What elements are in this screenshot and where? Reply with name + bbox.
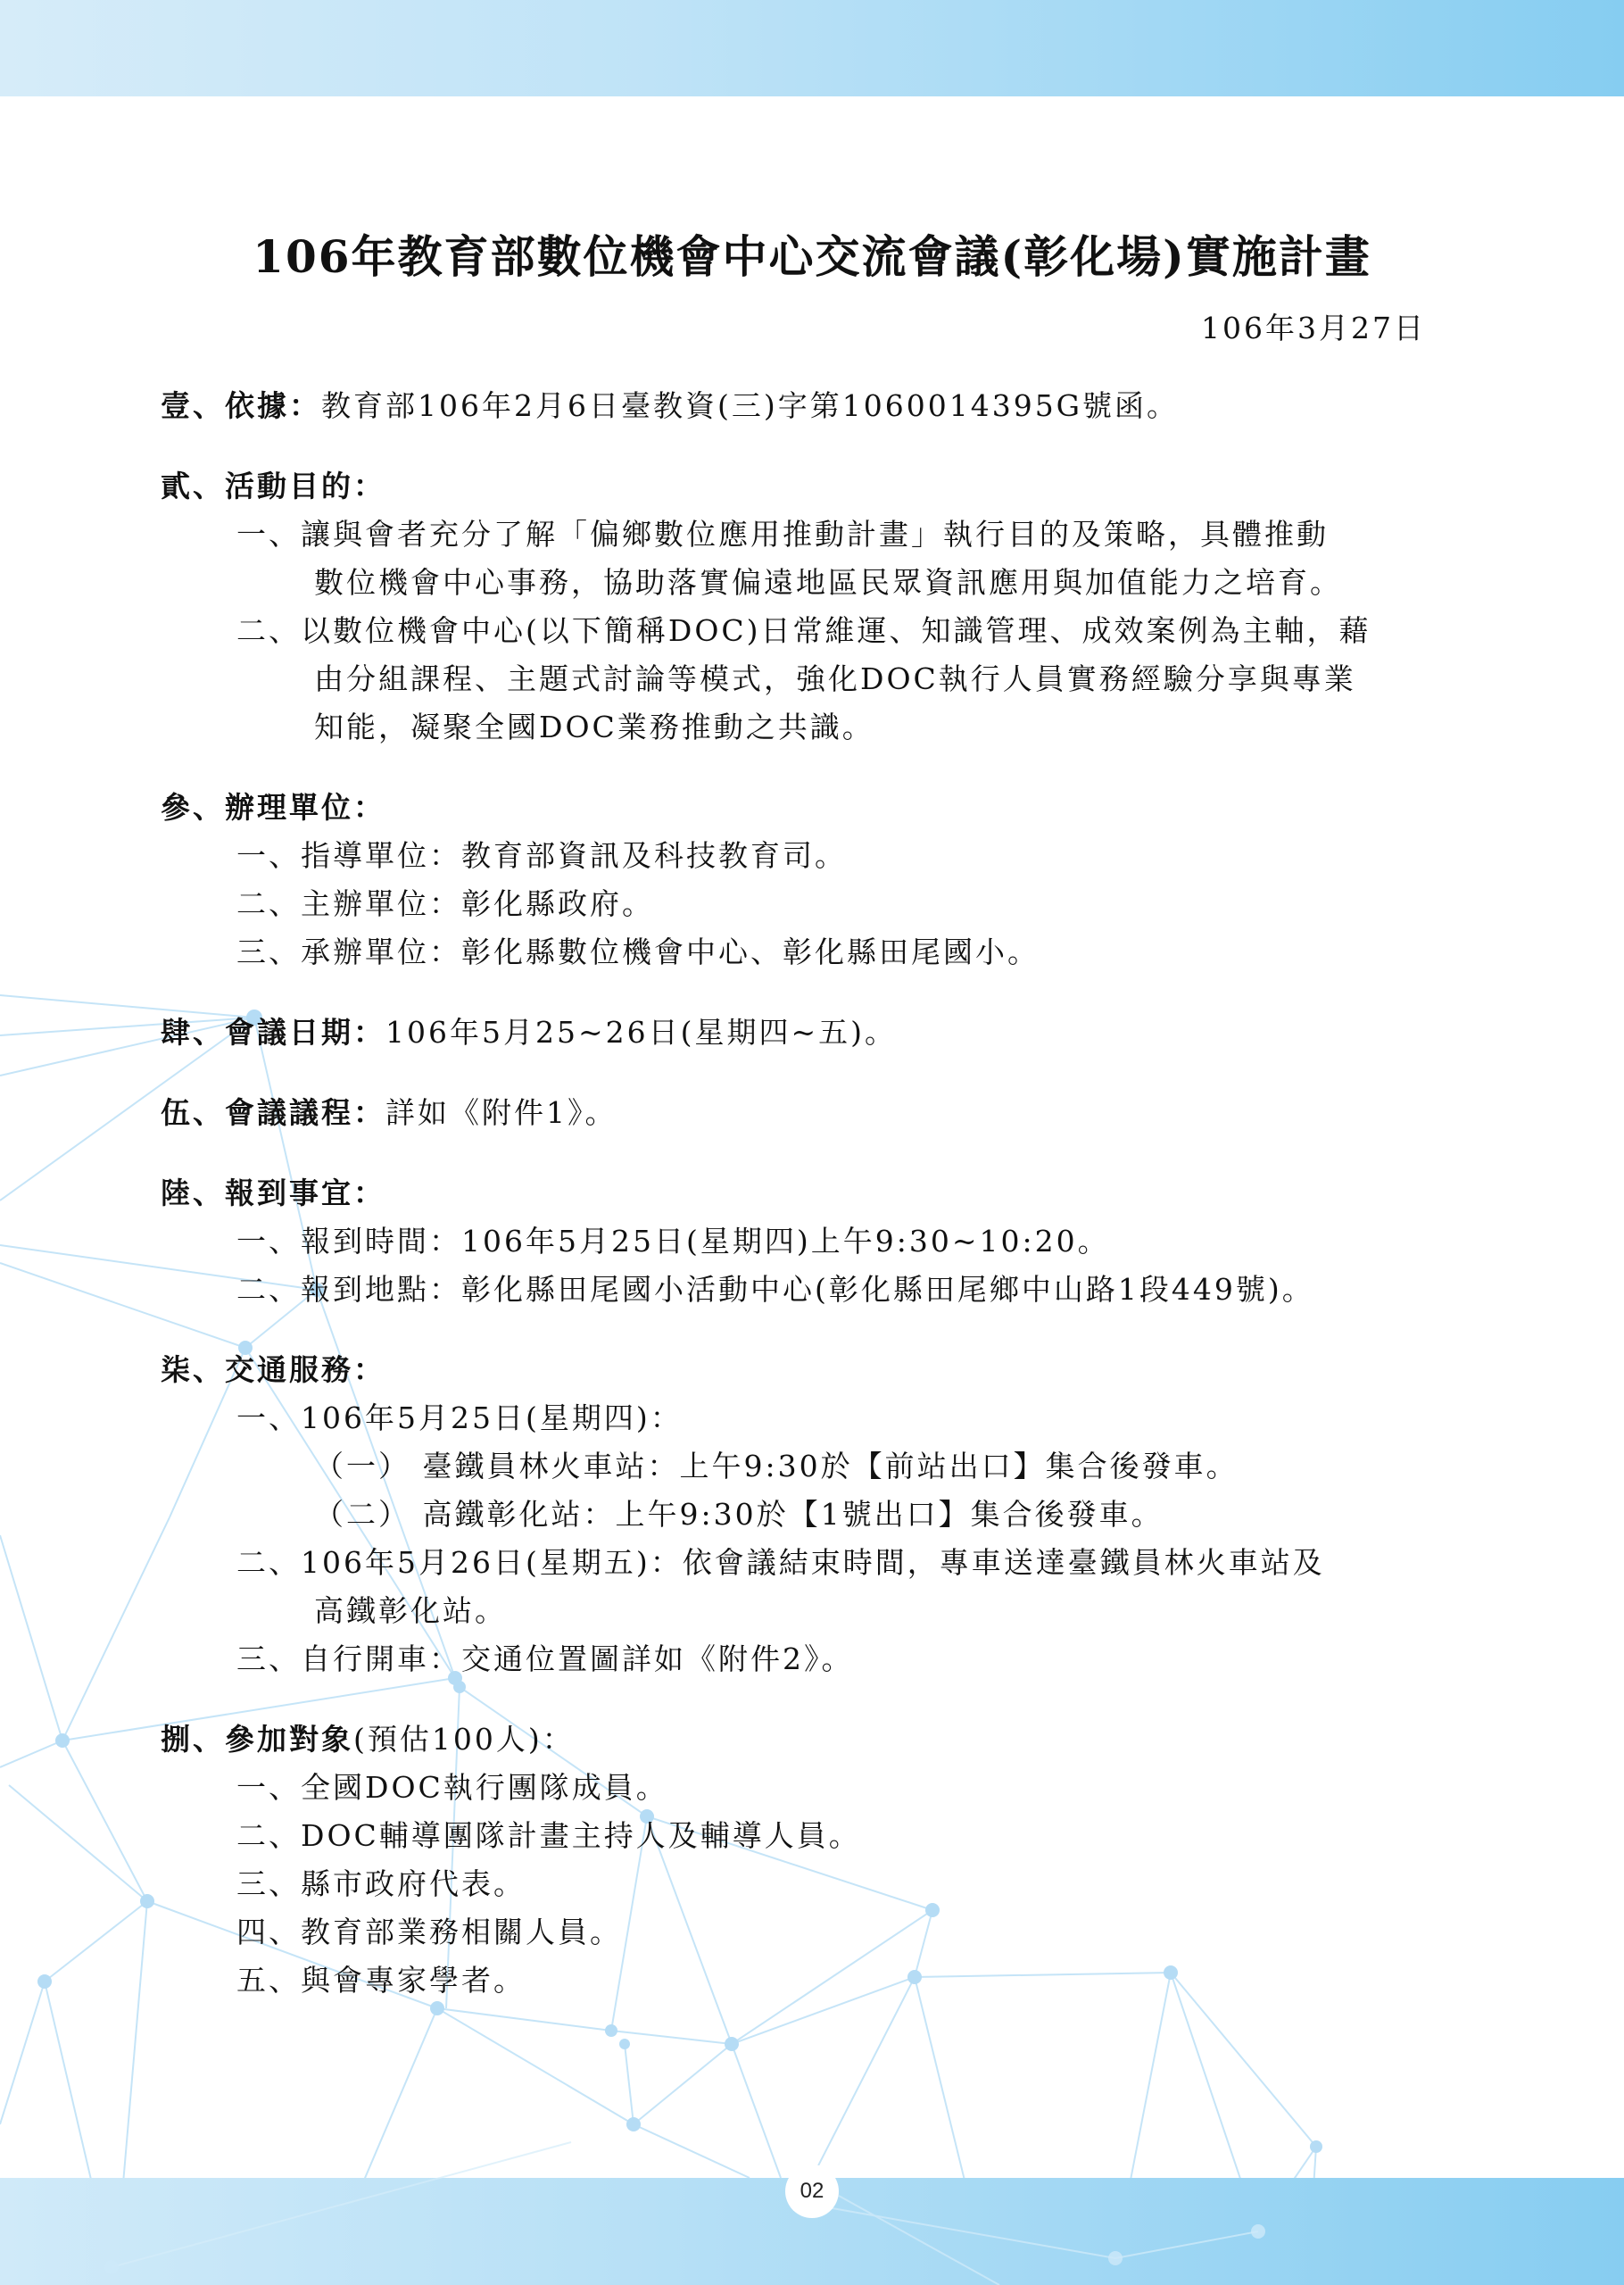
section-organizers: 參、辦理單位： 一、指導單位：教育部資訊及科技教育司。 二、主辦單位：彰化縣政府… <box>161 784 1428 976</box>
item-line: 高鐵彰化站。 <box>236 1587 1428 1635</box>
section-text: 教育部106年2月6日臺教資(三)字第1060014395G號函。 <box>321 388 1179 423</box>
list-item: 二、以數位機會中心(以下簡稱DOC)日常維運、知識管理、成效案例為主軸，藉 由分… <box>161 607 1428 752</box>
list-item: 二、主辦單位：彰化縣政府。 <box>161 880 1428 928</box>
item-line: 一、讓與會者充分了解「偏鄉數位應用推動計畫」執行目的及策略，具體推動 <box>236 511 1428 559</box>
section-meeting-date: 肆、會議日期：106年5月25~26日(星期四~五)。 <box>161 1009 1428 1057</box>
section-registration: 陸、報到事宜： 一、報到時間：106年5月25日(星期四)上午9:30~10:2… <box>161 1169 1428 1314</box>
page-number: 02 <box>785 2165 839 2218</box>
list-item: 一、指導單位：教育部資訊及科技教育司。 <box>161 832 1428 880</box>
section-heading: 陸、報到事宜： <box>161 1169 1428 1217</box>
section-transportation: 柒、交通服務： 一、106年5月25日(星期四)： （一） 臺鐵員林火車站：上午… <box>161 1346 1428 1683</box>
list-item: 五、與會專家學者。 <box>161 1957 1428 2005</box>
section-heading: 伍、會議議程： <box>161 1095 385 1130</box>
item-line: 由分組課程、主題式討論等模式，強化DOC執行人員實務經驗分享與專業 <box>236 655 1428 703</box>
section-heading: 肆、會議日期： <box>161 1015 385 1050</box>
list-item: 一、106年5月25日(星期四)： <box>161 1394 1428 1442</box>
section-purpose: 貳、活動目的： 一、讓與會者充分了解「偏鄉數位應用推動計畫」執行目的及策略，具體… <box>161 462 1428 752</box>
list-item: 三、自行開車：交通位置圖詳如《附件2》。 <box>161 1635 1428 1683</box>
section-heading: 壹、依據： <box>161 388 321 423</box>
page-title: 106年教育部數位機會中心交流會議(彰化場)實施計畫 <box>0 221 1624 286</box>
section-heading-note: (預估100人)： <box>353 1722 575 1757</box>
section-text: 詳如《附件1》。 <box>385 1095 617 1130</box>
list-item: 二、報到地點：彰化縣田尾國小活動中心(彰化縣田尾鄉中山路1段449號)。 <box>161 1266 1428 1314</box>
list-item: 二、106年5月26日(星期五)：依會議結束時間，專車送達臺鐵員林火車站及 高鐵… <box>161 1539 1428 1635</box>
section-agenda: 伍、會議議程：詳如《附件1》。 <box>161 1089 1428 1137</box>
section-heading: 捌、參加對象 <box>161 1722 353 1757</box>
list-item: 一、全國DOC執行團隊成員。 <box>161 1764 1428 1812</box>
item-line: 知能，凝聚全國DOC業務推動之共識。 <box>236 703 1428 752</box>
section-heading: 參、辦理單位： <box>161 784 1428 832</box>
document-body: 壹、依據：教育部106年2月6日臺教資(三)字第1060014395G號函。 貳… <box>161 382 1428 2037</box>
document-date: 106年3月27日 <box>1201 305 1426 347</box>
section-text: 106年5月25~26日(星期四~五)。 <box>385 1015 897 1050</box>
sub-item: （二） 高鐵彰化站：上午9:30於【1號出口】集合後發車。 <box>161 1491 1428 1539</box>
sub-item: （一） 臺鐵員林火車站：上午9:30於【前站出口】集合後發車。 <box>161 1442 1428 1491</box>
item-line: 二、以數位機會中心(以下簡稱DOC)日常維運、知識管理、成效案例為主軸，藉 <box>236 607 1428 655</box>
section-heading: 柒、交通服務： <box>161 1346 1428 1394</box>
list-item: 四、教育部業務相關人員。 <box>161 1908 1428 1957</box>
item-line: 數位機會中心事務，協助落實偏遠地區民眾資訊應用與加值能力之培育。 <box>236 559 1428 607</box>
list-item: 一、報到時間：106年5月25日(星期四)上午9:30~10:20。 <box>161 1217 1428 1266</box>
section-heading: 貳、活動目的： <box>161 462 1428 511</box>
section-basis: 壹、依據：教育部106年2月6日臺教資(三)字第1060014395G號函。 <box>161 382 1428 430</box>
item-line: 二、106年5月26日(星期五)：依會議結束時間，專車送達臺鐵員林火車站及 <box>236 1539 1428 1587</box>
list-item: 三、縣市政府代表。 <box>161 1860 1428 1908</box>
list-item: 三、承辦單位：彰化縣數位機會中心、彰化縣田尾國小。 <box>161 928 1428 976</box>
section-heading-row: 捌、參加對象(預估100人)： <box>161 1716 1428 1764</box>
list-item: 一、讓與會者充分了解「偏鄉數位應用推動計畫」執行目的及策略，具體推動 數位機會中… <box>161 511 1428 607</box>
header-band <box>0 0 1624 96</box>
section-participants: 捌、參加對象(預估100人)： 一、全國DOC執行團隊成員。 二、DOC輔導團隊… <box>161 1716 1428 2005</box>
list-item: 二、DOC輔導團隊計畫主持人及輔導人員。 <box>161 1812 1428 1860</box>
